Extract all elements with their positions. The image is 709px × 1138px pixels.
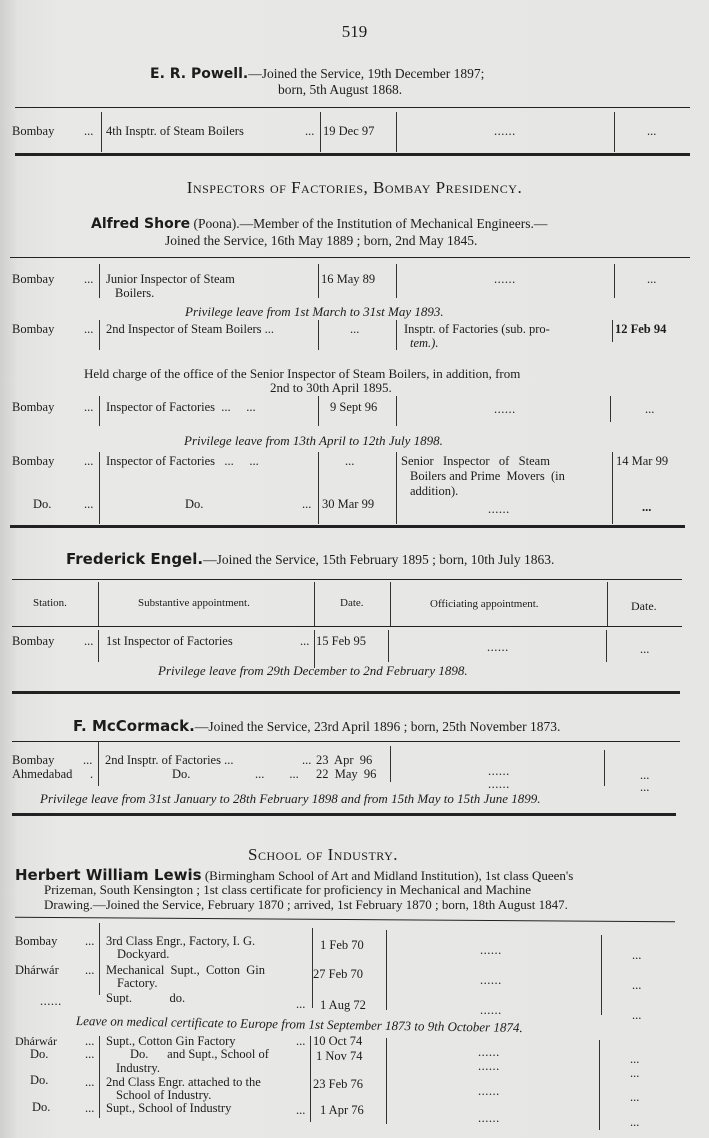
officer-name: F. McCormack. <box>73 717 195 735</box>
section-rule <box>10 525 685 528</box>
officiating-cell: ...... <box>478 1059 500 1074</box>
date-cell: 1 Aug 72 <box>320 998 366 1013</box>
officer-name: Alfred Shore <box>91 216 190 232</box>
page-number: 519 <box>0 22 709 42</box>
column-divider <box>610 396 611 422</box>
substantive-cell: 1st Inspector of Factories <box>106 634 233 649</box>
substantive-cell-cont: Boilers. <box>115 286 154 301</box>
officiating-date-cell: ... <box>642 500 651 515</box>
officer-service-line: —Joined the Service, 23rd April 1896 ; b… <box>195 719 561 734</box>
column-divider <box>314 582 315 626</box>
shore-header: Alfred Shore (Poona).—Member of the Inst… <box>91 216 547 232</box>
leader-dots: ... <box>302 497 311 512</box>
leader-dots: ... <box>296 997 305 1012</box>
station-cell: Do. <box>30 1047 48 1062</box>
column-divider <box>606 630 607 662</box>
officiating-cell-cont: Boilers and Prime Movers (in <box>410 469 565 484</box>
column-divider <box>98 582 99 626</box>
leave-note: Privilege leave from 13th April to 12th … <box>184 433 443 449</box>
officiating-cell: ...... <box>494 402 516 417</box>
column-divider <box>396 452 397 524</box>
officer-birth-line: Joined the Service, 16th May 1889 ; born… <box>165 233 477 249</box>
station-cell: Bombay <box>12 454 54 469</box>
column-divider <box>101 112 102 152</box>
column-divider <box>99 320 100 350</box>
station-cell: Do. <box>32 1100 50 1115</box>
column-divider <box>99 264 100 298</box>
date-cell: ... <box>345 454 354 469</box>
column-header-officiating: Officiating appointment. <box>430 598 539 610</box>
document-page: 519 E. R. Powell.—Joined the Service, 19… <box>0 0 709 1138</box>
leave-note: Leave on medical certificate to Europe f… <box>76 1013 523 1036</box>
officiating-cell: ...... <box>478 1084 500 1099</box>
officiating-cell: Insptr. of Factories (sub. pro- <box>404 322 550 337</box>
substantive-cell: 4th Insptr. of Steam Boilers <box>106 124 244 139</box>
station-cell: Dhárwár <box>15 963 59 978</box>
leave-note: Privilege leave from 29th December to 2n… <box>158 663 468 679</box>
officiating-date-cell: ... <box>645 402 654 417</box>
column-divider <box>390 746 391 782</box>
date-cell: 1 Apr 76 <box>320 1103 364 1118</box>
leader-dots: ... ... <box>255 767 299 782</box>
officiating-cell: ...... <box>488 502 510 517</box>
column-divider <box>99 452 100 524</box>
station-cell: ...... <box>40 994 62 1009</box>
date-cell: ... <box>350 322 359 337</box>
section-title: School of Industry. <box>248 845 398 865</box>
station-cell: Bombay <box>12 634 54 649</box>
column-divider <box>320 112 321 152</box>
leader-dots: ... <box>84 322 93 337</box>
officiating-cell: ...... <box>487 640 509 655</box>
powell-header: E. R. Powell.—Joined the Service, 19th D… <box>150 66 484 82</box>
officer-birth-line: born, 5th August 1868. <box>278 82 402 98</box>
substantive-cell: Inspector of Factories ... ... <box>106 400 256 415</box>
date-cell: 30 Mar 99 <box>322 497 374 512</box>
leader-dots: ... <box>83 753 92 768</box>
officiating-cell: Senior Inspector of Steam <box>401 454 550 469</box>
column-divider <box>318 396 319 426</box>
column-divider <box>99 1036 100 1118</box>
leader-dots: ... <box>85 963 94 978</box>
leader-dots: ... <box>300 634 309 649</box>
leader-dots: ... <box>84 634 93 649</box>
engel-header: Frederick Engel.—Joined the Service, 15t… <box>66 550 554 568</box>
column-divider <box>599 1040 600 1130</box>
leader-dots: ... <box>85 1101 94 1116</box>
column-divider <box>318 264 319 298</box>
table-rule <box>12 579 682 580</box>
officiating-date-cell: ... <box>640 780 649 795</box>
officer-credentials-line: Prizeman, South Kensington ; 1st class c… <box>44 882 531 898</box>
column-divider <box>99 396 100 426</box>
leader-dots: ... <box>296 1034 305 1049</box>
column-divider <box>601 935 602 1015</box>
leader-dots: ... <box>84 400 93 415</box>
officiating-cell: ...... <box>494 124 516 139</box>
column-divider <box>396 112 397 152</box>
officiating-date-cell: ... <box>632 948 641 963</box>
column-divider <box>98 630 99 662</box>
officiating-date-cell: ... <box>632 978 641 993</box>
officiating-cell: ...... <box>480 943 502 958</box>
date-cell: 1 Nov 74 <box>316 1049 363 1064</box>
station-cell: Do. <box>30 1073 48 1088</box>
table-rule <box>10 257 690 258</box>
charge-note-cont: 2nd to 30th April 1895. <box>270 380 392 396</box>
leader-dots: ... <box>305 124 314 139</box>
date-cell: 27 Feb 70 <box>313 967 363 982</box>
section-rule <box>15 153 690 156</box>
substantive-cell: Do. and Supt., School of <box>130 1047 269 1062</box>
column-header-station: Station. <box>33 597 67 609</box>
date-cell: 10 Oct 74 <box>313 1034 362 1049</box>
officiating-date-cell: ... <box>630 1052 639 1067</box>
column-divider <box>318 452 319 524</box>
substantive-cell: Do. <box>185 497 203 512</box>
column-divider <box>604 750 605 786</box>
column-divider <box>396 396 397 426</box>
column-divider <box>612 452 613 524</box>
column-divider <box>310 1036 311 1122</box>
station-cell: Bombay <box>12 753 54 768</box>
section-title: Inspectors of Factories, Bombay Presiden… <box>0 178 709 198</box>
date-cell: 16 May 89 <box>321 272 375 287</box>
substantive-cell-cont: Industry. <box>116 1061 160 1076</box>
substantive-cell-cont: Dockyard. <box>117 947 169 962</box>
column-divider <box>614 264 615 298</box>
station-cell: Bombay <box>12 124 54 139</box>
officiating-cell-cont: tem.). <box>410 336 438 351</box>
table-rule <box>15 917 675 923</box>
officer-birth-line: Drawing.—Joined the Service, February 18… <box>44 897 568 913</box>
date-cell: 15 Feb 95 <box>316 634 366 649</box>
mccormack-header: F. McCormack.—Joined the Service, 23rd A… <box>73 717 560 735</box>
officiating-cell: ...... <box>480 1003 502 1018</box>
column-divider <box>396 264 397 298</box>
substantive-cell: 2nd Insptr. of Factories ... <box>105 753 233 768</box>
date-cell: 19 Dec 97 <box>323 124 374 139</box>
substantive-cell: Supt., School of Industry <box>106 1101 231 1116</box>
table-rule <box>12 741 680 742</box>
station-cell: Bombay <box>15 934 57 949</box>
leader-dots: ... <box>84 272 93 287</box>
section-rule <box>12 813 676 816</box>
officiating-date-cell: 14 Mar 99 <box>616 454 668 469</box>
column-header-officiating-date: Date. <box>631 599 657 614</box>
station-cell: Do. <box>33 497 51 512</box>
column-divider <box>99 923 100 995</box>
officiating-date-cell: ... <box>632 1008 641 1023</box>
leader-dots: ... <box>296 1103 305 1118</box>
leader-dots: ... <box>85 1075 94 1090</box>
officiating-cell-cont: addition). <box>410 484 458 499</box>
leader-dots: ... <box>84 454 93 469</box>
station-cell: Ahmedabad <box>12 767 72 782</box>
column-header-substantive: Substantive appointment. <box>138 597 250 609</box>
column-divider <box>318 320 319 350</box>
column-divider <box>98 742 99 786</box>
column-header-date: Date. <box>340 597 364 609</box>
officiating-date-cell: ... <box>647 272 656 287</box>
leader-dots: ... <box>84 497 93 512</box>
station-cell: Bombay <box>12 400 54 415</box>
officer-service-line: (Poona).—Member of the Institution of Me… <box>190 216 547 231</box>
leader-dots: . <box>90 767 93 782</box>
leader-dots: ... <box>85 934 94 949</box>
officer-service-line: —Joined the Service, 15th February 1895 … <box>203 552 554 567</box>
substantive-cell: Junior Inspector of Steam <box>106 272 235 287</box>
substantive-cell: 2nd Inspector of Steam Boilers ... <box>106 322 274 337</box>
column-divider <box>614 112 615 152</box>
leader-dots: ... <box>85 1047 94 1062</box>
officer-service-line: (Birmingham School of Art and Midland In… <box>202 868 574 883</box>
leave-note: Privilege leave from 1st March to 31st M… <box>185 304 444 320</box>
substantive-cell: Inspector of Factories ... ... <box>106 454 259 469</box>
officiating-cell: ...... <box>478 1111 500 1126</box>
date-cell: 22 May 96 <box>316 767 376 782</box>
officiating-date-cell: ... <box>647 124 656 139</box>
date-cell: 9 Sept 96 <box>330 400 377 415</box>
officiating-date-cell: 12 Feb 94 <box>615 322 666 337</box>
column-divider <box>386 1038 387 1124</box>
column-divider <box>607 582 608 626</box>
column-divider <box>386 930 387 1010</box>
column-divider <box>390 582 391 626</box>
date-cell: 1 Feb 70 <box>320 938 364 953</box>
officer-service-line: —Joined the Service, 19th December 1897; <box>248 66 484 81</box>
leader-dots: ... <box>302 753 311 768</box>
station-cell: Bombay <box>12 322 54 337</box>
column-divider <box>612 320 613 342</box>
date-cell: 23 Apr 96 <box>316 753 372 768</box>
station-cell: Bombay <box>12 272 54 287</box>
officiating-cell: ...... <box>494 272 516 287</box>
section-rule <box>12 691 680 694</box>
officiating-date-cell: ... <box>640 642 649 657</box>
column-divider <box>396 320 397 350</box>
officiating-cell: ...... <box>478 1045 500 1060</box>
substantive-cell: Do. <box>172 767 190 782</box>
officiating-date-cell: ... <box>630 1090 639 1105</box>
date-cell: 23 Feb 76 <box>313 1077 363 1092</box>
officiating-date-cell: ... <box>630 1115 639 1130</box>
officer-name: Frederick Engel. <box>66 550 203 568</box>
leader-dots: ... <box>84 124 93 139</box>
leave-note: Privilege leave from 31st January to 28t… <box>40 791 541 807</box>
table-rule <box>15 107 690 108</box>
officiating-cell: ...... <box>480 973 502 988</box>
column-divider <box>388 630 389 662</box>
substantive-cell: Supt. do. <box>106 991 185 1006</box>
substantive-cell-cont: Factory. <box>117 976 158 991</box>
officiating-cell: ...... <box>488 777 510 792</box>
table-rule <box>12 626 682 627</box>
officer-name: E. R. Powell. <box>150 66 248 82</box>
officiating-date-cell: ... <box>630 1066 639 1081</box>
